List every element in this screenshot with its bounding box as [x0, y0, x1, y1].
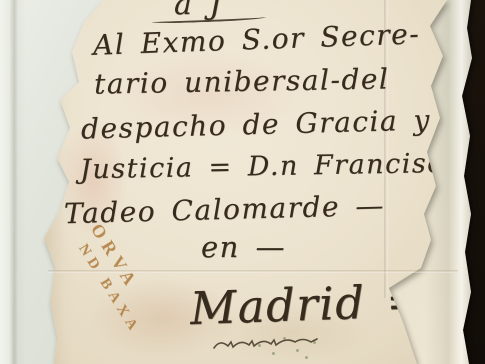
- letter-fragment: ORVA ND BAXA a J Al Exmo S.or Secre- tar…: [0, 0, 485, 364]
- madrid-flourish: [212, 336, 337, 352]
- mold-speck: [305, 356, 308, 359]
- mold-speck: [272, 352, 275, 355]
- torn-edge-shadow: [44, 0, 74, 364]
- address-line-2: tario unibersal-del: [94, 62, 390, 100]
- address-line-4: Justicia = D.n Francisco: [80, 148, 462, 186]
- photo-backdrop: ORVA ND BAXA a J Al Exmo S.or Secre- tar…: [0, 0, 485, 364]
- address-line-3: despacho de Gracia y: [81, 103, 432, 145]
- address-line-en: en —: [201, 230, 286, 264]
- address-line-1: Al Exmo S.or Secre-: [93, 17, 421, 61]
- address-line-5: Tadeo Calomarde —: [64, 189, 386, 230]
- address-line-madrid: Madrid =: [189, 274, 426, 335]
- horizontal-crease: [48, 270, 458, 273]
- letter-fragment-wrap: ORVA ND BAXA a J Al Exmo S.or Secre- tar…: [0, 0, 485, 364]
